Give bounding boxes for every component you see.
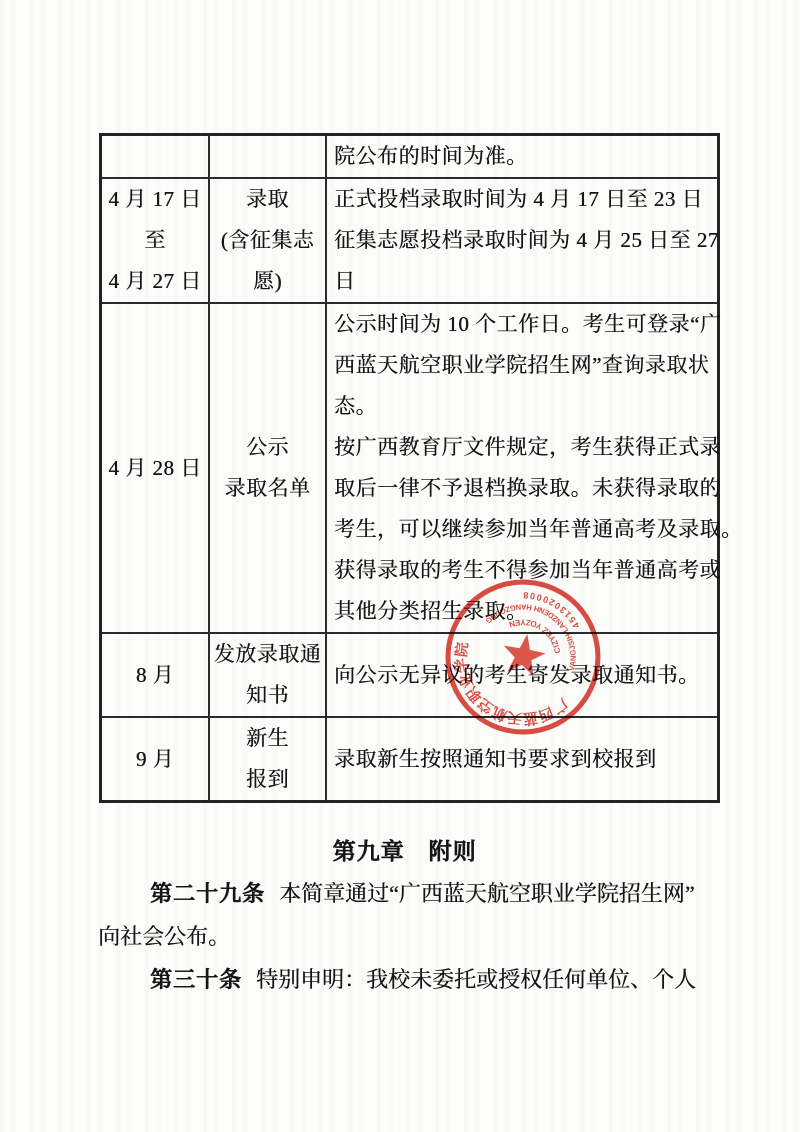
date-cell: 9 月 bbox=[101, 717, 210, 802]
clause-29-line1: 第二十九条本简章通过“广西蓝天航空职业学院招生网” bbox=[98, 872, 716, 915]
clause-29-label: 第二十九条 bbox=[150, 881, 265, 906]
description-cell: 向公示无异议的考生寄发录取通知书。 bbox=[326, 633, 719, 717]
scanned-document-page: 院公布的时间为准。 4 月 17 日至4 月 27 日 录取(含征集志愿) 正式… bbox=[0, 0, 800, 1132]
item-cell: 新生报到 bbox=[209, 717, 326, 802]
date-cell: 4 月 28 日 bbox=[101, 303, 210, 633]
description-cell: 录取新生按照通知书要求到校报到 bbox=[326, 717, 719, 802]
item-cell: 录取(含征集志愿) bbox=[209, 178, 326, 303]
clause-29-line2: 向社会公布。 bbox=[98, 915, 716, 958]
date-cell bbox=[101, 135, 210, 179]
clause-29-text: 本简章通过“广西蓝天航空职业学院招生网” bbox=[279, 881, 695, 906]
table-row: 4 月 28 日 公示录取名单 公示时间为 10 个工作日。考生可登录“广西蓝天… bbox=[101, 303, 719, 633]
closing-paragraphs: 第二十九条本简章通过“广西蓝天航空职业学院招生网” 向社会公布。 第三十条特别申… bbox=[98, 872, 716, 1001]
table-row: 4 月 17 日至4 月 27 日 录取(含征集志愿) 正式投档录取时间为 4 … bbox=[101, 178, 719, 303]
chapter-heading: 第九章 附则 bbox=[99, 833, 710, 866]
date-cell: 4 月 17 日至4 月 27 日 bbox=[101, 178, 210, 303]
description-cell: 正式投档录取时间为 4 月 17 日至 23 日征集志愿投档录取时间为 4 月 … bbox=[326, 178, 719, 303]
description-cell: 院公布的时间为准。 bbox=[326, 135, 719, 179]
table-row: 院公布的时间为准。 bbox=[101, 135, 719, 179]
clause-30-label: 第三十条 bbox=[150, 967, 242, 992]
item-cell bbox=[209, 135, 326, 179]
admission-schedule-table: 院公布的时间为准。 4 月 17 日至4 月 27 日 录取(含征集志愿) 正式… bbox=[99, 133, 720, 803]
item-cell: 公示录取名单 bbox=[209, 303, 326, 633]
table-row: 8 月 发放录取通知书 向公示无异议的考生寄发录取通知书。 bbox=[101, 633, 719, 717]
clause-30-line: 第三十条特别申明：我校未委托或授权任何单位、个人 bbox=[98, 958, 716, 1001]
clause-30-text: 特别申明：我校未委托或授权任何单位、个人 bbox=[256, 967, 696, 992]
item-cell: 发放录取通知书 bbox=[209, 633, 326, 717]
table-row: 9 月 新生报到 录取新生按照通知书要求到校报到 bbox=[101, 717, 719, 802]
description-cell: 公示时间为 10 个工作日。考生可登录“广西蓝天航空职业学院招生网”查询录取状态… bbox=[326, 303, 719, 633]
date-cell: 8 月 bbox=[101, 633, 210, 717]
